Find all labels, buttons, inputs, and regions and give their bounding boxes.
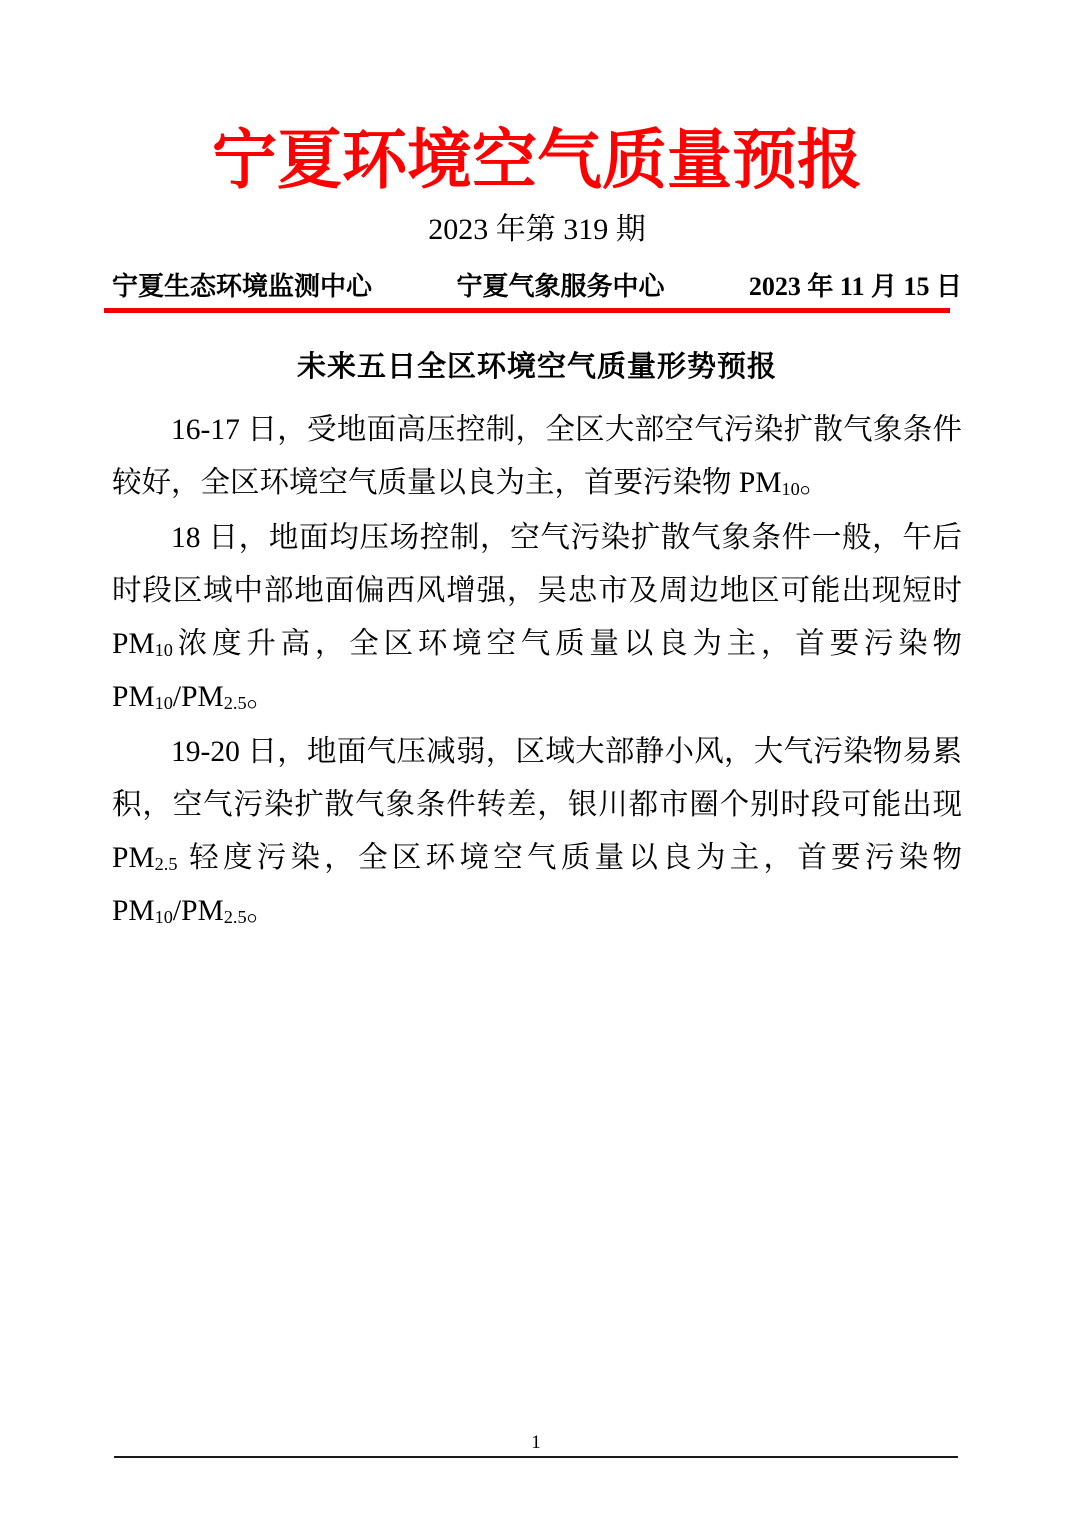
forecast-paragraph-1: 16-17 日，受地面高压控制，全区大部空气污染扩散气象条件较好，全区环境空气质… — [112, 404, 962, 510]
org-monitoring-center: 宁夏生态环境监测中心 — [112, 273, 372, 301]
page-number: 1 — [531, 1432, 541, 1456]
section-title: 未来五日全区环境空气质量形势预报 — [112, 350, 962, 384]
org-weather-center: 宁夏气象服务中心 — [456, 273, 664, 301]
page-footer: 1 — [114, 1432, 958, 1458]
forecast-body: 16-17 日，受地面高压控制，全区大部空气污染扩散气象条件较好，全区环境空气质… — [112, 404, 962, 938]
forecast-paragraph-2: 18 日，地面均压场控制，空气污染扩散气象条件一般，午后时段区域中部地面偏西风增… — [112, 512, 962, 724]
header-orgs-row: 宁夏生态环境监测中心 宁夏气象服务中心 2023 年 11 月 15 日 — [112, 273, 962, 301]
document-page: 宁夏环境空气质量预报 2023 年第 319 期 宁夏生态环境监测中心 宁夏气象… — [0, 0, 1074, 1520]
page-content: 宁夏环境空气质量预报 2023 年第 319 期 宁夏生态环境监测中心 宁夏气象… — [0, 122, 1074, 938]
issue-number: 2023 年第 319 期 — [112, 215, 962, 245]
forecast-paragraph-3: 19-20 日，地面气压减弱，区域大部静小风，大气污染物易累积，空气污染扩散气象… — [112, 726, 962, 938]
publish-date: 2023 年 11 月 15 日 — [749, 273, 962, 301]
document-title: 宁夏环境空气质量预报 — [112, 122, 962, 200]
red-divider — [104, 308, 950, 313]
